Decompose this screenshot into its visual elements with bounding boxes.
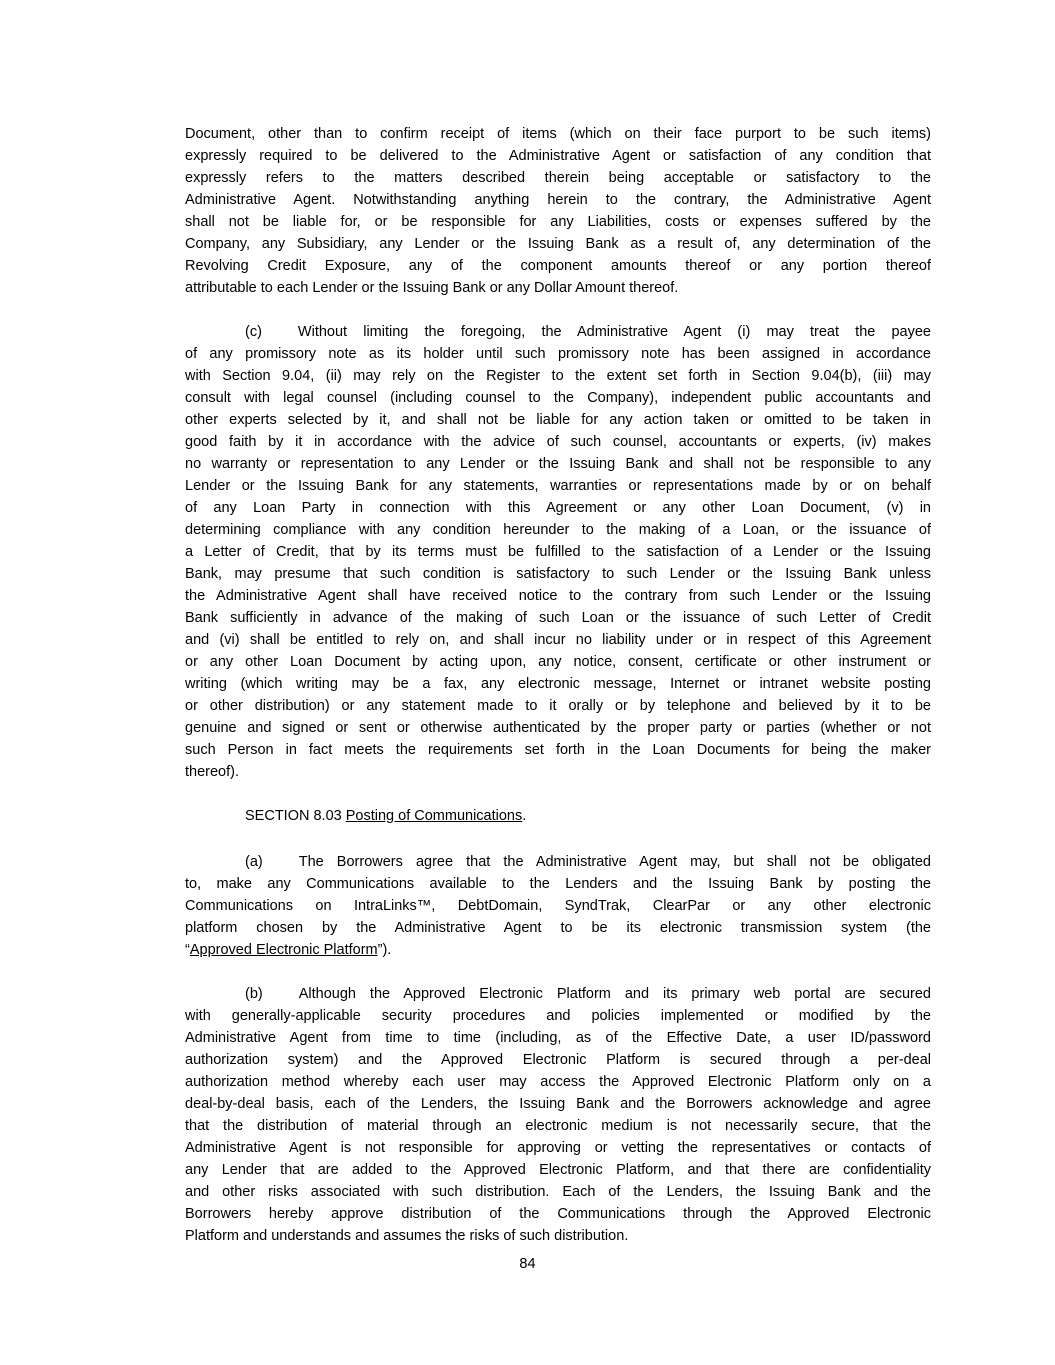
text-line: expressly required to be delivered to th… (185, 145, 931, 167)
text-line: Lender or the Issuing Bank for any state… (185, 475, 931, 497)
text-line: deal-by-deal basis, each of the Lenders,… (185, 1093, 931, 1115)
paragraph-continuation: Document, other than to confirm receipt … (185, 123, 931, 299)
text-line: (b)Although the Approved Electronic Plat… (185, 983, 931, 1005)
text-line: Borrowers hereby approve distribution of… (185, 1203, 931, 1225)
text-line: a Letter of Credit, that by its terms mu… (185, 541, 931, 563)
text-line: the Administrative Agent shall have rece… (185, 585, 931, 607)
text-line: expressly refers to the matters describe… (185, 167, 931, 189)
text-line: or other distribution) or any statement … (185, 695, 931, 717)
text-line: that the distribution of material throug… (185, 1115, 931, 1137)
text-line: attributable to each Lender or the Issui… (185, 277, 931, 299)
text-run: Without limiting the foregoing, the Admi… (298, 324, 931, 340)
text-line: Company, any Subsidiary, any Lender or t… (185, 233, 931, 255)
text-line: genuine and signed or sent or otherwise … (185, 717, 931, 739)
paragraph-b: (b)Although the Approved Electronic Plat… (185, 983, 931, 1247)
text-line: authorization method whereby each user m… (185, 1071, 931, 1093)
text-line: “Approved Electronic Platform”). (185, 939, 931, 961)
text-line: of any promissory note as its holder unt… (185, 343, 931, 365)
text-line: such Person in fact meets the requiremen… (185, 739, 931, 761)
text-line: Bank, may presume that such condition is… (185, 563, 931, 585)
text-line: with generally-applicable security proce… (185, 1005, 931, 1027)
text-line: Communications on IntraLinks™, DebtDomai… (185, 895, 931, 917)
text-line: consult with legal counsel (including co… (185, 387, 931, 409)
text-line: Revolving Credit Exposure, any of the co… (185, 255, 931, 277)
defined-term-underline: Approved Electronic Platform (190, 942, 378, 958)
text-line: Administrative Agent from time to time (… (185, 1027, 931, 1049)
paragraph-label: (b) (245, 986, 263, 1002)
text-line: of any Loan Party in connection with thi… (185, 497, 931, 519)
text-run: Although the Approved Electronic Platfor… (299, 986, 931, 1002)
text-line: (c)Without limiting the foregoing, the A… (185, 321, 931, 343)
page-number: 84 (0, 1253, 1055, 1275)
document-page: Document, other than to confirm receipt … (0, 0, 1055, 1365)
text-line: no warranty or representation to any Len… (185, 453, 931, 475)
text-line: (a)The Borrowers agree that the Administ… (185, 851, 931, 873)
section-title-underline: Posting of Communications (346, 808, 523, 824)
text-line: platform chosen by the Administrative Ag… (185, 917, 931, 939)
section-heading: SECTION 8.03 Posting of Communications. (185, 805, 931, 827)
text-line: with Section 9.04, (ii) may rely on the … (185, 365, 931, 387)
text-line: Document, other than to confirm receipt … (185, 123, 931, 145)
text-line: Administrative Agent. Notwithstanding an… (185, 189, 931, 211)
section-heading-period: . (522, 808, 526, 824)
paragraph-label: (a) (245, 854, 263, 870)
text-line: any Lender that are added to the Approve… (185, 1159, 931, 1181)
text-line: Bank sufficiently in advance of the maki… (185, 607, 931, 629)
paragraph-label: (c) (245, 324, 262, 340)
text-line: and other risks associated with such dis… (185, 1181, 931, 1203)
text-line: Administrative Agent is not responsible … (185, 1137, 931, 1159)
text-line: other experts selected by it, and shall … (185, 409, 931, 431)
page-body: Document, other than to confirm receipt … (185, 123, 931, 1269)
text-line: writing (which writing may be a fax, any… (185, 673, 931, 695)
text-run: The Borrowers agree that the Administrat… (299, 854, 931, 870)
paragraph-a: (a)The Borrowers agree that the Administ… (185, 851, 931, 961)
text-line: authorization system) and the Approved E… (185, 1049, 931, 1071)
text-line: and (vi) shall be entitled to rely on, a… (185, 629, 931, 651)
text-line: thereof). (185, 761, 931, 783)
text-line: good faith by it in accordance with the … (185, 431, 931, 453)
section-number: SECTION 8.03 (245, 808, 346, 824)
text-line: Platform and understands and assumes the… (185, 1225, 931, 1247)
text-line: shall not be liable for, or be responsib… (185, 211, 931, 233)
paragraph-c: (c)Without limiting the foregoing, the A… (185, 321, 931, 783)
text-line: to, make any Communications available to… (185, 873, 931, 895)
close-quote-and-period: ”). (378, 942, 392, 958)
text-line: determining compliance with any conditio… (185, 519, 931, 541)
text-line: or any other Loan Document by acting upo… (185, 651, 931, 673)
